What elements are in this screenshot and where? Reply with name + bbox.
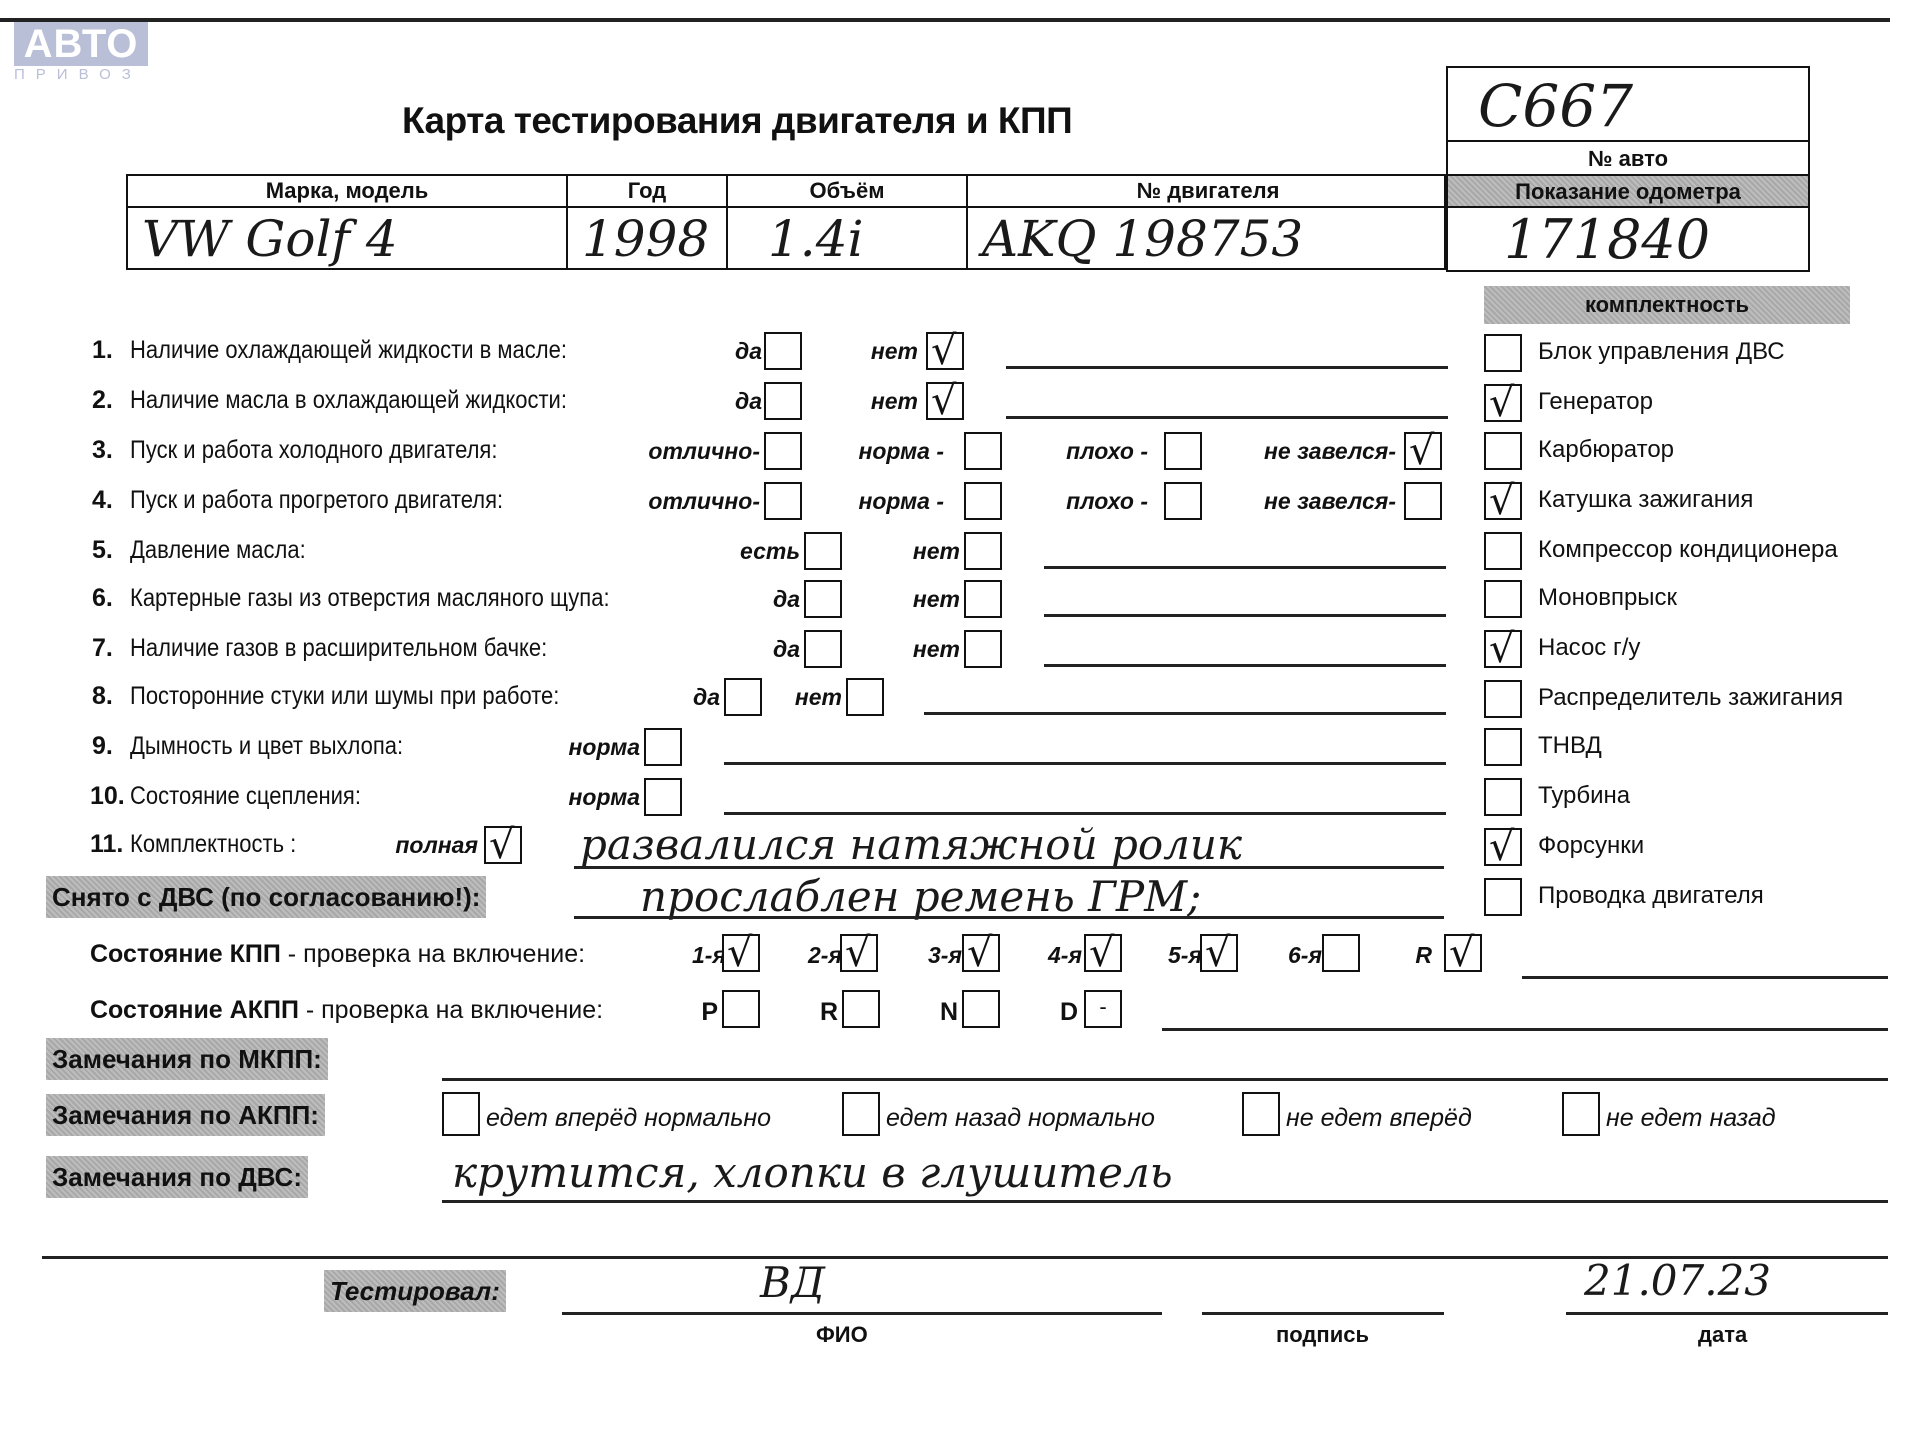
check-option-label: да xyxy=(735,338,762,365)
check-row-number: 2. xyxy=(92,386,113,415)
akpp-mode-checkbox[interactable] xyxy=(842,990,880,1028)
check-option-label: отлично- xyxy=(648,488,760,515)
completeness-checkbox[interactable] xyxy=(1484,384,1522,422)
removed-line-2 xyxy=(574,916,1444,919)
make-model-value[interactable]: VW Golf 4 xyxy=(128,208,566,270)
akpp-label-rest: - проверка на включение: xyxy=(299,996,603,1024)
removed-note-line2[interactable]: прослаблен ремень ГРМ; xyxy=(640,872,1201,921)
date-line xyxy=(1566,1312,1888,1315)
completeness-checkbox[interactable] xyxy=(1484,580,1522,618)
akpp-mode-checkbox[interactable]: - xyxy=(1084,990,1122,1028)
check-option-label: нет xyxy=(913,586,960,613)
tester-name-caption: ФИО xyxy=(816,1322,868,1348)
completeness-checkbox[interactable] xyxy=(1484,680,1522,718)
akpp-mode-label: P xyxy=(701,998,718,1027)
kpp-gear-checkbox[interactable] xyxy=(840,934,878,972)
dvs-remarks-note[interactable]: крутится, хлопки в глушитель xyxy=(452,1148,1173,1197)
check-row-text: Комплектность : xyxy=(130,830,296,859)
check-option-label: норма xyxy=(569,784,641,811)
completeness-checkbox[interactable] xyxy=(1484,778,1522,816)
check-option-checkbox[interactable] xyxy=(804,532,842,570)
check-option-label: норма - xyxy=(858,438,944,465)
completeness-checkbox[interactable] xyxy=(1484,728,1522,766)
check-option-label: нет xyxy=(795,684,842,711)
mkpp-remarks-line xyxy=(442,1078,1888,1081)
completeness-checkbox[interactable] xyxy=(1484,878,1522,916)
make-model-cell: Марка, модель VW Golf 4 xyxy=(128,176,568,268)
check-option-label: да xyxy=(773,636,800,663)
completeness-item-label: Форсунки xyxy=(1538,832,1644,860)
tester-name-line xyxy=(562,1312,1162,1315)
check-row-number: 10. xyxy=(90,782,125,811)
akpp-remark-checkbox[interactable] xyxy=(1242,1092,1280,1136)
akpp-label: Состояние АКПП - проверка на включение: xyxy=(90,996,603,1025)
kpp-gear-checkbox[interactable] xyxy=(1084,934,1122,972)
completeness-item-label: Моновпрыск xyxy=(1538,584,1677,612)
akpp-mode-checkbox[interactable] xyxy=(722,990,760,1028)
volume-value[interactable]: 1.4i xyxy=(728,208,966,270)
akpp-mode-label: R xyxy=(820,998,838,1027)
completeness-item-label: Катушка зажигания xyxy=(1538,486,1753,514)
check-row-text: Давление масла: xyxy=(130,536,306,565)
odometer-label: Показание одометра xyxy=(1448,176,1808,208)
kpp-gear-checkbox[interactable] xyxy=(1322,934,1360,972)
akpp-remarks-label: Замечания по АКПП: xyxy=(46,1094,325,1136)
logo-avto: АВТО xyxy=(14,22,148,66)
check-option-label: нет xyxy=(871,338,918,365)
kpp-gear-checkbox[interactable] xyxy=(962,934,1000,972)
akpp-remark-checkbox[interactable] xyxy=(442,1092,480,1136)
completeness-item-label: ТНВД xyxy=(1538,732,1602,760)
check-option-checkbox[interactable] xyxy=(846,678,884,716)
check-row-number: 9. xyxy=(92,732,113,761)
page-title: Карта тестирования двигателя и КПП xyxy=(402,100,1072,142)
check-row-note-line[interactable] xyxy=(1044,566,1446,569)
check-row-text: Картерные газы из отверстия масляного щу… xyxy=(130,584,610,613)
dvs-remarks-label: Замечания по ДВС: xyxy=(46,1156,308,1198)
check-row-number: 7. xyxy=(92,634,113,663)
auto-number-value[interactable]: C667 xyxy=(1448,68,1808,142)
kpp-gear-label: 2-я xyxy=(808,942,842,969)
check-option-checkbox[interactable] xyxy=(764,332,802,370)
tester-name-value[interactable]: ВД xyxy=(760,1258,825,1307)
akpp-remark-checkbox[interactable] xyxy=(842,1092,880,1136)
completeness-item-label: Насос г/у xyxy=(1538,634,1640,662)
check-row-note-line[interactable] xyxy=(1044,614,1446,617)
engine-number-label: № двигателя xyxy=(968,176,1448,208)
completeness-checkbox[interactable] xyxy=(1484,432,1522,470)
kpp-label-bold: Состояние КПП xyxy=(90,940,281,968)
check-row-number: 5. xyxy=(92,536,113,565)
year-value[interactable]: 1998 xyxy=(568,208,726,270)
removed-note-line1[interactable]: развалился натяжной ролик xyxy=(580,820,1242,869)
check-option-checkbox[interactable] xyxy=(804,630,842,668)
check-option-label: отлично- xyxy=(648,438,760,465)
completeness-checkbox[interactable] xyxy=(1484,828,1522,866)
check-option-checkbox[interactable] xyxy=(764,382,802,420)
completeness-item-label: Проводка двигателя xyxy=(1538,882,1764,910)
tester-label: Тестировал: xyxy=(324,1270,506,1312)
check-option-label: да xyxy=(773,586,800,613)
check-option-checkbox[interactable] xyxy=(764,432,802,470)
check-row-text: Наличие охлаждающей жидкости в масле: xyxy=(130,336,567,365)
check-option-checkbox[interactable] xyxy=(926,332,964,370)
check-option-checkbox[interactable] xyxy=(764,482,802,520)
check-option-label: не завелся- xyxy=(1264,438,1396,465)
kpp-label: Состояние КПП - проверка на включение: xyxy=(90,940,585,969)
check-row-note-line[interactable] xyxy=(724,762,1446,765)
check-row-number: 11. xyxy=(90,830,123,859)
check-row-text: Наличие газов в расширительном бачке: xyxy=(130,634,547,663)
check-option-checkbox[interactable] xyxy=(724,678,762,716)
year-cell: Год 1998 xyxy=(568,176,728,268)
check-row-note-line[interactable] xyxy=(1006,416,1448,419)
check-row-text: Состояние сцепления: xyxy=(130,782,361,811)
logo-privoz: ПРИВОЗ xyxy=(14,66,154,83)
auto-number-label: № авто xyxy=(1448,142,1808,176)
check-option-checkbox[interactable] xyxy=(964,432,1002,470)
akpp-mode-checkbox[interactable] xyxy=(962,990,1000,1028)
check-option-label: есть xyxy=(740,538,800,565)
removed-label: Снято с ДВС (по согласованию!): xyxy=(46,876,486,918)
check-option-checkbox[interactable] xyxy=(964,580,1002,618)
check-row-text: Посторонние стуки или шумы при работе: xyxy=(130,682,559,711)
completeness-item-label: Генератор xyxy=(1538,388,1653,416)
check-option-checkbox[interactable] xyxy=(1404,482,1442,520)
kpp-label-rest: - проверка на включение: xyxy=(281,940,585,968)
kpp-gear-label: 1-я xyxy=(692,942,726,969)
year-label: Год xyxy=(568,176,726,208)
kpp-gear-label: 6-я xyxy=(1288,942,1322,969)
check-row-number: 6. xyxy=(92,584,113,613)
akpp-remark-label: не едет назад xyxy=(1606,1104,1776,1133)
akpp-label-bold: Состояние АКПП xyxy=(90,996,299,1024)
akpp-remark-checkbox[interactable] xyxy=(1562,1092,1600,1136)
completeness-checkbox[interactable] xyxy=(1484,482,1522,520)
engine-number-cell: № двигателя AKQ 198753 xyxy=(968,176,1448,268)
dvs-remarks-line xyxy=(442,1200,1888,1203)
completeness-checkbox[interactable] xyxy=(1484,532,1522,570)
check-option-checkbox[interactable] xyxy=(1164,432,1202,470)
check-row-number: 1. xyxy=(92,336,113,365)
check-option-checkbox[interactable] xyxy=(644,728,682,766)
check-row-text: Пуск и работа холодного двигателя: xyxy=(130,436,497,465)
completeness-item-label: Распределитель зажигания xyxy=(1538,684,1843,712)
completeness-checkbox[interactable] xyxy=(1484,630,1522,668)
check-option-label: нет xyxy=(913,538,960,565)
check-option-label: норма - xyxy=(858,488,944,515)
volume-label: Объём xyxy=(728,176,966,208)
kpp-gear-label: 4-я xyxy=(1048,942,1082,969)
akpp-note-line xyxy=(1162,1028,1888,1031)
check-option-checkbox[interactable] xyxy=(484,826,522,864)
check-row-note-line[interactable] xyxy=(724,812,1446,815)
completeness-item-label: Турбина xyxy=(1538,782,1630,810)
completeness-header: комплектность xyxy=(1484,286,1850,324)
akpp-remark-label: едет вперёд нормально xyxy=(486,1104,771,1133)
engine-number-value[interactable]: AKQ 198753 xyxy=(968,208,1448,270)
kpp-gear-label: 5-я xyxy=(1168,942,1202,969)
mkpp-remarks-label: Замечания по МКПП: xyxy=(46,1038,328,1080)
check-option-checkbox[interactable] xyxy=(1164,482,1202,520)
check-option-label: да xyxy=(735,388,762,415)
date-value[interactable]: 21.07.23 xyxy=(1584,1256,1771,1305)
completeness-item-label: Карбюратор xyxy=(1538,436,1674,464)
completeness-item-label: Блок управления ДВС xyxy=(1538,338,1785,366)
check-row-text: Пуск и работа прогретого двигателя: xyxy=(130,486,503,515)
completeness-checkbox[interactable] xyxy=(1484,334,1522,372)
check-row-number: 8. xyxy=(92,682,113,711)
check-option-checkbox[interactable] xyxy=(964,630,1002,668)
check-row-note-line[interactable] xyxy=(1044,664,1446,667)
check-option-label: да xyxy=(693,684,720,711)
signature-caption: подпись xyxy=(1276,1322,1369,1348)
akpp-remark-label: не едет вперёд xyxy=(1286,1104,1472,1133)
make-model-label: Марка, модель xyxy=(128,176,566,208)
check-option-label: не завелся- xyxy=(1264,488,1396,515)
akpp-mode-label: N xyxy=(940,998,958,1027)
akpp-mode-label: D xyxy=(1060,998,1078,1027)
kpp-gear-checkbox[interactable] xyxy=(722,934,760,972)
date-caption: дата xyxy=(1698,1322,1747,1348)
completeness-item-label: Компрессор кондиционера xyxy=(1538,536,1838,564)
check-option-checkbox[interactable] xyxy=(804,580,842,618)
check-option-checkbox[interactable] xyxy=(964,532,1002,570)
volume-cell: Объём 1.4i xyxy=(728,176,968,268)
kpp-gear-label: 3-я xyxy=(928,942,962,969)
kpp-gear-label: R xyxy=(1415,942,1432,969)
top-rule xyxy=(0,18,1890,22)
signature-line[interactable] xyxy=(1202,1312,1444,1315)
check-row-number: 4. xyxy=(92,486,113,515)
check-option-label: плохо - xyxy=(1066,438,1148,465)
kpp-gear-checkbox[interactable] xyxy=(1444,934,1482,972)
check-option-label: нет xyxy=(871,388,918,415)
check-row-note-line[interactable] xyxy=(924,712,1446,715)
check-option-label: норма xyxy=(569,734,641,761)
removed-line-1 xyxy=(574,866,1444,869)
check-option-label: нет xyxy=(913,636,960,663)
check-row-note-line[interactable] xyxy=(1006,366,1448,369)
check-option-label: полная xyxy=(395,832,478,859)
check-row-text: Дымность и цвет выхлопа: xyxy=(130,732,403,761)
check-option-label: плохо - xyxy=(1066,488,1148,515)
auto-number-box: C667 № авто Показание одометра 171840 xyxy=(1446,66,1810,272)
check-row-text: Наличие масла в охлаждающей жидкости: xyxy=(130,386,567,415)
vehicle-info-table: Марка, модель VW Golf 4 Год 1998 Объём 1… xyxy=(126,174,1446,270)
odometer-value[interactable]: 171840 xyxy=(1448,208,1808,270)
check-option-checkbox[interactable] xyxy=(964,482,1002,520)
akpp-remark-label: едет назад нормально xyxy=(886,1104,1155,1133)
kpp-gear-checkbox[interactable] xyxy=(1200,934,1238,972)
check-row-number: 3. xyxy=(92,436,113,465)
check-option-checkbox[interactable] xyxy=(644,778,682,816)
check-option-checkbox[interactable] xyxy=(1404,432,1442,470)
check-option-checkbox[interactable] xyxy=(926,382,964,420)
kpp-note-line xyxy=(1522,976,1888,979)
